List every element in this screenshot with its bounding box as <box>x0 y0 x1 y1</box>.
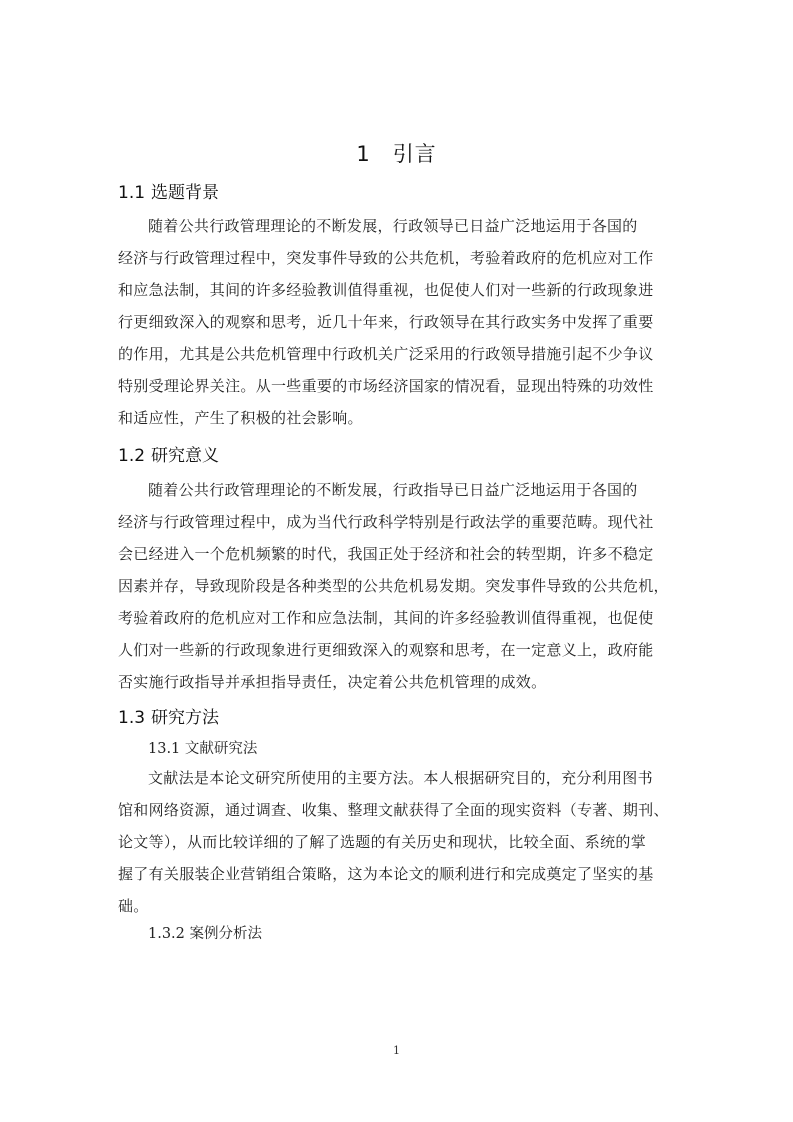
text-line: 因素并存，导致现阶段是各种类型的公共危机易发期。突发事件导致的公共危机， <box>118 570 678 602</box>
section-title: 研究方法 <box>151 708 219 728</box>
text-line: 的作用，尤其是公共危机管理中行政机关广泛采用的行政领导措施引起不少争议 <box>118 338 678 370</box>
subsection-heading-case-analysis: 1.3.2 案例分析法 <box>148 922 262 943</box>
page-number: 1 <box>0 1044 793 1057</box>
chapter-title-text: 引言 <box>393 142 437 166</box>
section-title: 选题背景 <box>151 183 219 203</box>
text-line: 否实施行政指导并承担指导责任，决定着公共危机管理的成效。 <box>118 666 678 698</box>
text-line: 馆和网络资源，通过调查、收集、整理文献获得了全面的现实资料（专著、期刊、 <box>118 794 678 826</box>
chapter-title: 1引言 <box>0 138 793 168</box>
text-line: 论文等），从而比较详细的了解了选题的有关历史和现状，比较全面、系统的掌 <box>118 826 678 858</box>
text-line: 经济与行政管理过程中，突发事件导致的公共危机，考验着政府的危机应对工作 <box>118 242 678 274</box>
text-line: 特别受理论界关注。从一些重要的市场经济国家的情况看，显现出特殊的功效性 <box>118 370 678 402</box>
text-line: 行更细致深入的观察和思考，近几十年来，行政领导在其行政实务中发挥了重要 <box>118 306 678 338</box>
text-line: 握了有关服装企业营销组合策略，这为本论文的顺利进行和完成奠定了坚实的基 <box>118 858 678 890</box>
text-line: 文献法是本论文研究所使用的主要方法。本人根据研究目的，充分利用图书 <box>118 762 678 794</box>
text-line: 人们对一些新的行政现象进行更细致深入的观察和思考，在一定意义上，政府能 <box>118 634 678 666</box>
chapter-number: 1 <box>356 142 370 166</box>
section-title: 研究意义 <box>151 446 219 466</box>
text-line: 随着公共行政管理理论的不断发展，行政指导已日益广泛地运用于各国的 <box>118 474 678 506</box>
section-heading-1-3: 1.3研究方法 <box>118 703 219 728</box>
paragraph-research-significance: 随着公共行政管理理论的不断发展，行政指导已日益广泛地运用于各国的 经济与行政管理… <box>118 474 678 698</box>
document-page: 1引言 1.1选题背景 随着公共行政管理理论的不断发展，行政领导已日益广泛地运用… <box>0 0 793 1122</box>
section-number: 1.2 <box>118 446 145 466</box>
text-line: 随着公共行政管理理论的不断发展，行政领导已日益广泛地运用于各国的 <box>118 210 678 242</box>
section-number: 1.1 <box>118 183 145 203</box>
subsection-heading-literature-method: 13.1 文献研究法 <box>148 737 257 758</box>
paragraph-literature-method: 文献法是本论文研究所使用的主要方法。本人根据研究目的，充分利用图书 馆和网络资源… <box>118 762 678 922</box>
paragraph-selection-background: 随着公共行政管理理论的不断发展，行政领导已日益广泛地运用于各国的 经济与行政管理… <box>118 210 678 434</box>
text-line: 经济与行政管理过程中，成为当代行政科学特别是行政法学的重要范畴。现代社 <box>118 506 678 538</box>
section-number: 1.3 <box>118 708 145 728</box>
text-line: 考验着政府的危机应对工作和应急法制，其间的许多经验教训值得重视，也促使 <box>118 602 678 634</box>
text-line: 础。 <box>118 890 678 922</box>
text-line: 和适应性，产生了积极的社会影响。 <box>118 402 678 434</box>
section-heading-1-1: 1.1选题背景 <box>118 178 219 203</box>
text-line: 和应急法制，其间的许多经验教训值得重视，也促使人们对一些新的行政现象进 <box>118 274 678 306</box>
text-line: 会已经进入一个危机频繁的时代，我国正处于经济和社会的转型期，许多不稳定 <box>118 538 678 570</box>
section-heading-1-2: 1.2研究意义 <box>118 441 219 466</box>
